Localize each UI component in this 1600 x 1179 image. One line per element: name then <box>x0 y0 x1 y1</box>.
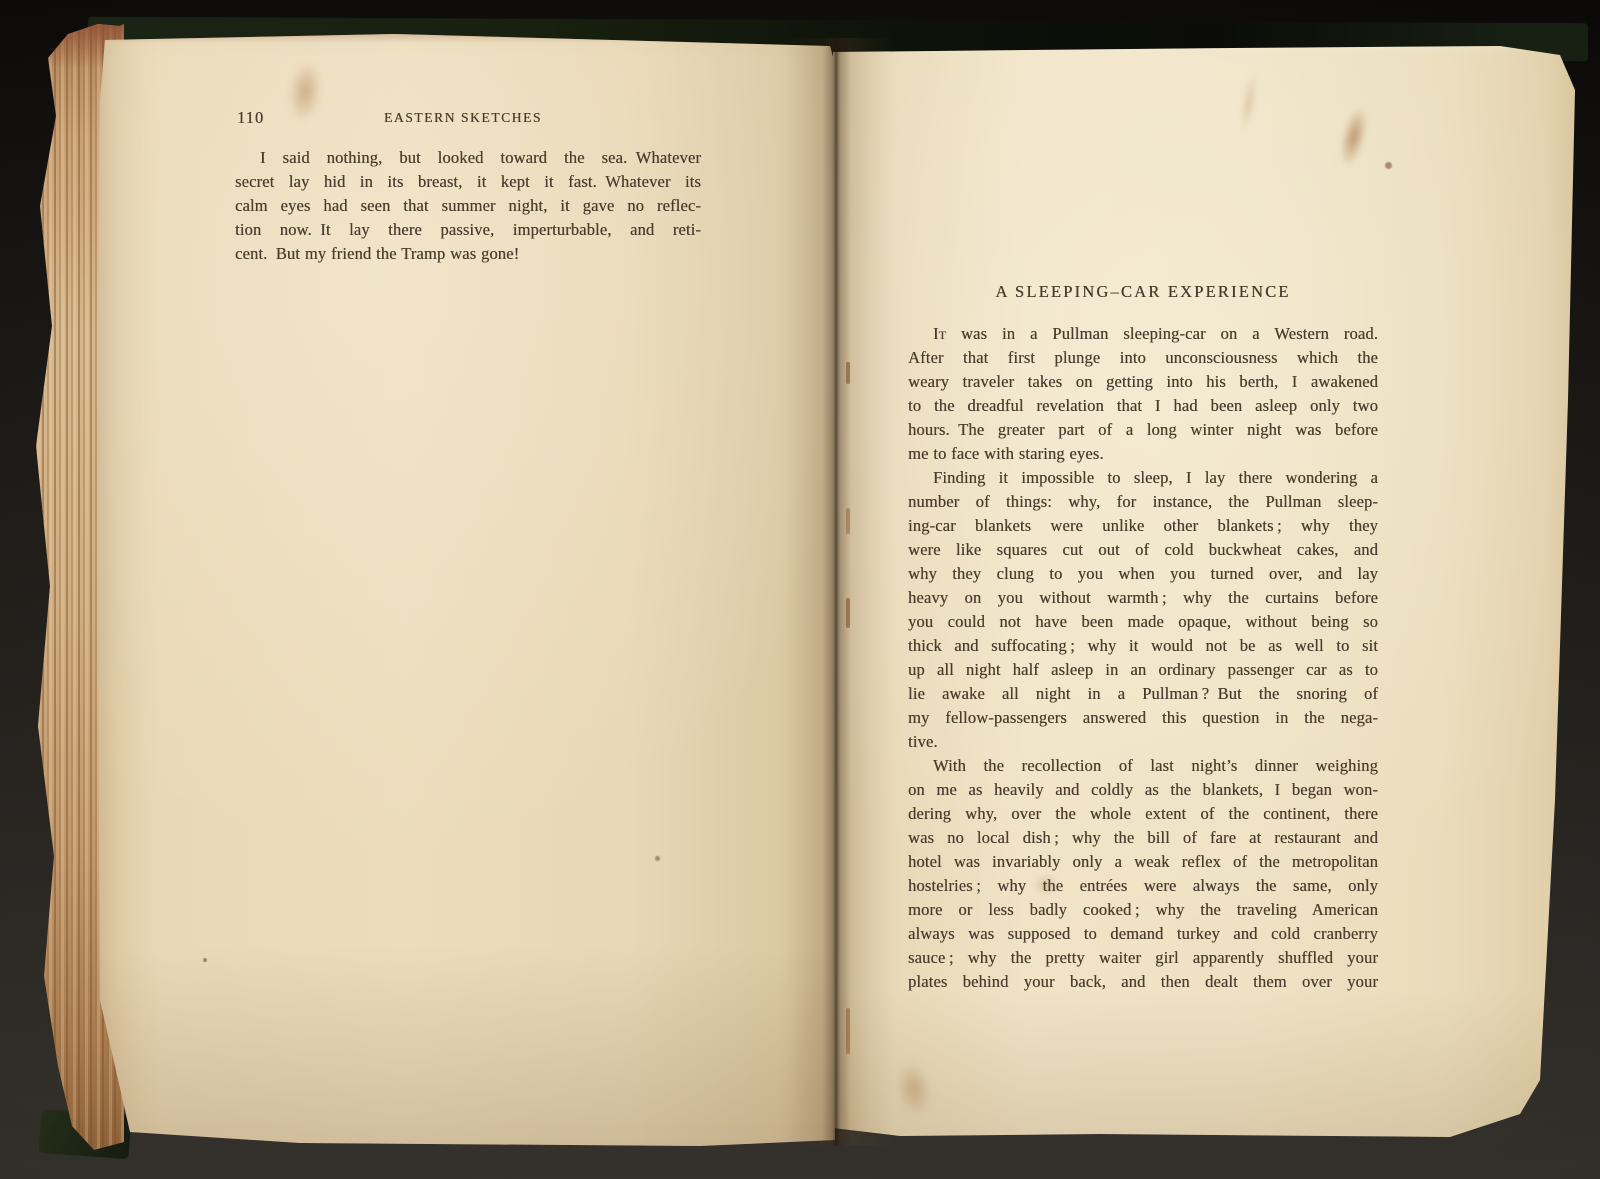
text-line: were like squares cut out of cold buckwh… <box>908 538 1378 562</box>
paper-speck <box>655 856 660 861</box>
text-line: tion now. It lay there passive, impertur… <box>235 218 701 242</box>
text-line: weary traveler takes on getting into his… <box>908 370 1378 394</box>
text-line: thick and suffocating ; why it would not… <box>908 634 1378 658</box>
left-page-text: I said nothing, but looked toward the se… <box>235 146 701 266</box>
text-line: my fellow-passengers answered this quest… <box>908 706 1378 730</box>
book-photo: 110 EASTERN SKETCHES I said nothing, but… <box>0 0 1600 1179</box>
text-line: hotel was invariably only a weak reflex … <box>908 850 1378 874</box>
text-line: on me as heavily and coldly as the blank… <box>908 778 1378 802</box>
text-line: It was in a Pullman sleeping-car on a We… <box>908 322 1378 346</box>
right-page-text: It was in a Pullman sleeping-car on a We… <box>908 322 1378 994</box>
gutter-stain <box>846 598 850 628</box>
text-line: number of things: why, for instance, the… <box>908 490 1378 514</box>
text-line: lie awake all night in a Pullman ? But t… <box>908 682 1378 706</box>
text-line: plates behind your back, and then dealt … <box>908 970 1378 994</box>
text-line: cent. But my friend the Tramp was gone! <box>235 242 701 266</box>
gutter-stain <box>846 362 850 384</box>
gutter-stain <box>846 1008 850 1054</box>
text-line: secret lay hid in its breast, it kept it… <box>235 170 701 194</box>
text-line: I said nothing, but looked toward the se… <box>235 146 701 170</box>
text-line: Finding it impossible to sleep, I lay th… <box>908 466 1378 490</box>
text-line: hostelries ; why the entrées were always… <box>908 874 1378 898</box>
text-line: was no local dish ; why the bill of fare… <box>908 826 1378 850</box>
text-line: tive. <box>908 730 1378 754</box>
text-line: me to face with staring eyes. <box>908 442 1378 466</box>
text-line: to the dreadful revelation that I had be… <box>908 394 1378 418</box>
text-line: heavy on you without warmth ; why the cu… <box>908 586 1378 610</box>
text-line: calm eyes had seen that summer night, it… <box>235 194 701 218</box>
paper-speck <box>203 958 207 962</box>
left-page: 110 EASTERN SKETCHES I said nothing, but… <box>95 34 835 1146</box>
text-line: With the recollection of last night’s di… <box>908 754 1378 778</box>
text-line: dering why, over the whole extent of the… <box>908 802 1378 826</box>
text-line: sauce ; why the pretty waiter girl appar… <box>908 946 1378 970</box>
foxing-stain <box>1234 61 1264 143</box>
text-line: you could not have been made opaque, wit… <box>908 610 1378 634</box>
chapter-title: A SLEEPING–CAR EXPERIENCE <box>908 282 1378 302</box>
running-header: EASTERN SKETCHES <box>235 110 691 126</box>
text-line: why they clung to you when you turned ov… <box>908 562 1378 586</box>
right-page: A SLEEPING–CAR EXPERIENCE It was in a Pu… <box>833 44 1575 1142</box>
small-caps-word: It <box>933 324 946 343</box>
foxing-dot <box>1385 162 1392 169</box>
text-line: more or less badly cooked ; why the trav… <box>908 898 1378 922</box>
text-line: hours. The greater part of a long winter… <box>908 418 1378 442</box>
text-line: always was supposed to demand turkey and… <box>908 922 1378 946</box>
gutter-stain <box>846 508 850 534</box>
text-line-rest: was in a Pullman sleeping-car on a Weste… <box>946 324 1378 343</box>
page-header: 110 EASTERN SKETCHES <box>235 108 701 130</box>
foxing-stain <box>275 55 332 145</box>
text-line: After that first plunge into unconscious… <box>908 346 1378 370</box>
text-line: up all night half asleep in an ordinary … <box>908 658 1378 682</box>
foxing-stain <box>1326 79 1383 184</box>
foxing-stain <box>884 1048 944 1130</box>
text-line: ing-car blankets were unlike other blank… <box>908 514 1378 538</box>
